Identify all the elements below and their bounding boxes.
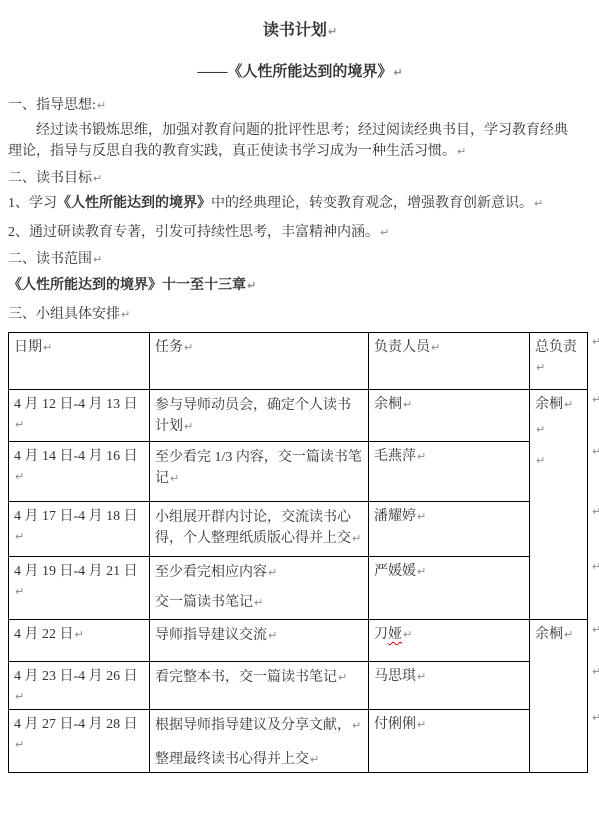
task-cell: 导师指导建议交流↵ <box>150 620 369 662</box>
paragraph-mark: ↵ <box>338 671 347 684</box>
person-cell: 严媛媛↵ <box>369 557 530 620</box>
section-heading-text: 三、小组具体安排 <box>8 307 120 322</box>
paragraph-mark: ↵ <box>417 510 426 523</box>
row-end-paragraph-mark: ↵ <box>592 445 599 458</box>
section-heading-reading-goals: 二、读书目标↵ <box>8 168 592 189</box>
doc-title: 读书计划↵ <box>8 0 592 43</box>
paragraph-mark: ↵ <box>15 470 24 483</box>
person-cell: 毛燕萍↵ <box>369 442 530 502</box>
section-heading-guiding-thought: 一、指导思想:↵ <box>8 95 592 116</box>
date-cell: 4 月 22 日↵ <box>9 620 150 662</box>
reading-goal-1: 1、学习《人性所能达到的境界》中的经典理论，转变教育观念，增强教育创新意识。↵ <box>8 193 573 214</box>
paragraph-mark: ↵ <box>536 423 545 436</box>
row-end-paragraph-mark: ↵ <box>592 335 599 348</box>
task-line: 小组展开群内讨论，交流读书心得，个人整理纸质版心得并上交 <box>155 510 351 546</box>
header-label: 总负责 <box>535 340 577 355</box>
task-text: 导师指导建议交流↵ <box>155 625 364 646</box>
section-heading-text: 二、读书范围 <box>8 252 92 267</box>
document-page: 读书计划↵ ——《人性所能达到的境界》↵ 一、指导思想:↵ 经过读书锻炼思维，加… <box>0 0 599 813</box>
task-line: 导师指导建议交流 <box>155 628 267 643</box>
section-heading-text: 一、指导思想: <box>8 98 96 113</box>
task-line: 根据导师指导建议及分享文献， <box>155 718 351 733</box>
person-name: 马思琪 <box>374 669 416 684</box>
date-text: 4 月 23 日-4 月 26 日 <box>14 669 138 684</box>
row-end-paragraph-mark: ↵ <box>592 711 599 724</box>
section-heading-group-schedule: 三、小组具体安排↵ <box>8 304 592 325</box>
paragraph-mark: ↵ <box>403 398 412 411</box>
task-cell: 至少看完相应内容↵ 交一篇读书笔记↵ <box>150 557 369 620</box>
date-text: 4 月 22 日 <box>14 627 74 642</box>
paragraph-mark: ↵ <box>43 341 52 354</box>
task-line: 整理最终读书心得并上交 <box>155 752 309 767</box>
paragraph-mark: ↵ <box>352 719 361 732</box>
person-name-misspelled: 娅 <box>388 627 402 642</box>
date-cell: 4 月 19 日-4 月 21 日↵ <box>9 557 150 620</box>
paragraph-mark: ↵ <box>15 585 24 598</box>
paragraph-mark: ↵ <box>393 66 402 79</box>
paragraph-mark: ↵ <box>403 628 412 641</box>
task-line: 交一篇读书笔记 <box>155 595 253 610</box>
date-text: 4 月 17 日-4 月 18 日 <box>14 509 138 524</box>
person-cell: 付俐俐↵ <box>369 710 530 773</box>
empty-paragraph: ↵ <box>535 451 583 471</box>
person-name: 刀 <box>374 627 388 642</box>
paragraph-mark: ↵ <box>380 226 389 239</box>
paragraph-mark: ↵ <box>431 341 440 354</box>
task-text: 看完整本书，交一篇读书笔记↵ <box>155 667 364 688</box>
task-cell: 小组展开群内讨论，交流读书心得，个人整理纸质版心得并上交↵ <box>150 502 369 557</box>
schedule-table: 日期↵ 任务↵ 负责人员↵ 总负责↵ 4 月 12 日-4 月 13 日↵ 参与… <box>8 332 588 773</box>
reading-goal-2: 2、通过研读教育专著，引发可持续性思考，丰富精神内涵。↵ <box>8 222 592 243</box>
lead-name-text: 余桐 <box>535 397 563 412</box>
header-cell-person: 负责人员↵ <box>369 333 530 390</box>
table-row: 4 月 14 日-4 月 16 日↵ 至少看完 1/3 内容，交一篇读书笔记↵ … <box>9 442 588 502</box>
paragraph-mark: ↵ <box>417 565 426 578</box>
paragraph-mark: ↵ <box>417 670 426 683</box>
guiding-thought-text: 经过读书锻炼思维，加强对教育问题的批评性思考；经过阅读经典书目，学习教育经典理论… <box>8 123 568 159</box>
paragraph-mark: ↵ <box>352 532 361 545</box>
paragraph-mark: ↵ <box>15 738 24 751</box>
reading-scope-text: 《人性所能达到的境界》十一至十三章 <box>8 278 246 293</box>
paragraph-mark: ↵ <box>564 398 573 411</box>
lead-name: 余桐↵ <box>535 395 583 415</box>
lead-name-text: 余桐 <box>535 627 563 642</box>
person-name: 余桐 <box>374 397 402 412</box>
task-text: 交一篇读书笔记↵ <box>155 592 364 613</box>
task-text: 至少看完 1/3 内容，交一篇读书笔记↵ <box>155 447 364 489</box>
schedule-table-wrap: 日期↵ 任务↵ 负责人员↵ 总负责↵ 4 月 12 日-4 月 13 日↵ 参与… <box>8 332 592 773</box>
header-cell-date: 日期↵ <box>9 333 150 390</box>
person-name: 严媛媛 <box>374 564 416 579</box>
paragraph-mark: ↵ <box>15 418 24 431</box>
date-text: 4 月 14 日-4 月 16 日 <box>14 449 138 464</box>
task-text: 小组展开群内讨论，交流读书心得，个人整理纸质版心得并上交↵ <box>155 507 364 549</box>
person-name: 付俐俐 <box>374 717 416 732</box>
person-name: 潘耀婷 <box>374 509 416 524</box>
person-cell: 刀娅↵ <box>369 620 530 662</box>
paragraph-mark: ↵ <box>328 25 337 38</box>
section-heading-text: 二、读书目标 <box>8 171 92 186</box>
paragraph-mark: ↵ <box>254 596 263 609</box>
lead-name: 余桐↵ <box>535 625 583 645</box>
table-header-row: 日期↵ 任务↵ 负责人员↵ 总负责↵ <box>9 333 588 390</box>
paragraph-mark: ↵ <box>268 566 277 579</box>
header-cell-task: 任务↵ <box>150 333 369 390</box>
task-line: 至少看完相应内容 <box>155 565 267 580</box>
paragraph-mark: ↵ <box>310 753 319 766</box>
paragraph-mark: ↵ <box>534 197 543 210</box>
row-end-paragraph-mark: ↵ <box>592 560 599 573</box>
lead-cell-top: 余桐↵ ↵ ↵ <box>530 390 588 620</box>
reading-scope: 《人性所能达到的境界》十一至十三章↵ <box>8 275 592 296</box>
empty-paragraph: ↵ <box>535 420 583 440</box>
table-row: 4 月 23 日-4 月 26 日↵ 看完整本书，交一篇读书笔记↵ 马思琪↵ <box>9 662 588 710</box>
date-cell: 4 月 14 日-4 月 16 日↵ <box>9 442 150 502</box>
task-text: 根据导师指导建议及分享文献，↵ <box>155 715 364 736</box>
date-cell: 4 月 23 日-4 月 26 日↵ <box>9 662 150 710</box>
paragraph-mark: ↵ <box>15 690 24 703</box>
task-line: 看完整本书，交一篇读书笔记 <box>155 670 337 685</box>
person-cell: 余桐↵ <box>369 390 530 442</box>
task-text: 至少看完相应内容↵ <box>155 562 364 583</box>
task-cell: 根据导师指导建议及分享文献，↵ 整理最终读书心得并上交↵ <box>150 710 369 773</box>
paragraph-mark: ↵ <box>184 420 193 433</box>
paragraph-mark: ↵ <box>170 472 179 485</box>
person-cell: 马思琪↵ <box>369 662 530 710</box>
paragraph-mark: ↵ <box>417 718 426 731</box>
paragraph-mark: ↵ <box>417 450 426 463</box>
header-label: 日期 <box>14 340 42 355</box>
table-row: 4 月 17 日-4 月 18 日↵ 小组展开群内讨论，交流读书心得，个人整理纸… <box>9 502 588 557</box>
task-cell: 参与导师动员会，确定个人读书计划↵ <box>150 390 369 442</box>
row-end-paragraph-mark: ↵ <box>592 393 599 406</box>
table-row: 4 月 27 日-4 月 28 日↵ 根据导师指导建议及分享文献，↵ 整理最终读… <box>9 710 588 773</box>
paragraph-mark: ↵ <box>75 628 84 641</box>
paragraph-mark: ↵ <box>536 361 545 374</box>
date-text: 4 月 27 日-4 月 28 日 <box>14 717 138 732</box>
header-cell-lead: 总负责↵ <box>530 333 588 390</box>
table-row: 4 月 19 日-4 月 21 日↵ 至少看完相应内容↵ 交一篇读书笔记↵ 严媛… <box>9 557 588 620</box>
date-cell: 4 月 27 日-4 月 28 日↵ <box>9 710 150 773</box>
doc-subtitle: ——《人性所能达到的境界》↵ <box>8 62 592 83</box>
task-cell: 至少看完 1/3 内容，交一篇读书笔记↵ <box>150 442 369 502</box>
row-end-paragraph-mark: ↵ <box>592 505 599 518</box>
goal-1-book-title: 《人性所能达到的境界》 <box>57 196 211 211</box>
task-text: 整理最终读书心得并上交↵ <box>155 749 364 770</box>
paragraph-mark: ↵ <box>93 253 102 266</box>
paragraph-mark: ↵ <box>268 629 277 642</box>
person-cell: 潘耀婷↵ <box>369 502 530 557</box>
paragraph-mark: ↵ <box>121 308 130 321</box>
paragraph-mark: ↵ <box>247 279 256 292</box>
header-label: 任务 <box>155 340 183 355</box>
row-end-paragraph-mark: ↵ <box>592 665 599 678</box>
lead-cell-bottom: 余桐↵ <box>530 620 588 773</box>
paragraph-mark: ↵ <box>93 172 102 185</box>
date-cell: 4 月 17 日-4 月 18 日↵ <box>9 502 150 557</box>
paragraph-mark: ↵ <box>15 530 24 543</box>
row-end-paragraph-mark: ↵ <box>592 623 599 636</box>
guiding-thought-body: 经过读书锻炼思维，加强对教育问题的批评性思考；经过阅读经典书目，学习教育经典理论… <box>8 120 573 162</box>
goal-2-text: 2、通过研读教育专著，引发可持续性思考，丰富精神内涵。 <box>8 225 379 240</box>
section-heading-reading-scope: 二、读书范围↵ <box>8 249 592 270</box>
paragraph-mark: ↵ <box>564 628 573 641</box>
date-text: 4 月 19 日-4 月 21 日 <box>14 564 138 579</box>
person-name: 毛燕萍 <box>374 449 416 464</box>
paragraph-mark: ↵ <box>97 99 106 112</box>
date-text: 4 月 12 日-4 月 13 日 <box>14 397 138 412</box>
table-row: 4 月 22 日↵ 导师指导建议交流↵ 刀娅↵ 余桐↵ <box>9 620 588 662</box>
header-label: 负责人员 <box>374 340 430 355</box>
task-cell: 看完整本书，交一篇读书笔记↵ <box>150 662 369 710</box>
paragraph-mark: ↵ <box>457 145 466 158</box>
table-row: 4 月 12 日-4 月 13 日↵ 参与导师动员会，确定个人读书计划↵ 余桐↵… <box>9 390 588 442</box>
goal-1-suffix: 中的经典理论，转变教育观念，增强教育创新意识。 <box>211 196 533 211</box>
paragraph-mark: ↵ <box>184 341 193 354</box>
task-line: 至少看完 1/3 内容，交一篇读书笔记 <box>155 450 362 486</box>
doc-title-text: 读书计划 <box>263 22 327 39</box>
goal-1-prefix: 1、学习 <box>8 196 57 211</box>
date-cell: 4 月 12 日-4 月 13 日↵ <box>9 390 150 442</box>
task-text: 参与导师动员会，确定个人读书计划↵ <box>155 395 364 437</box>
doc-subtitle-text: ——《人性所能达到的境界》 <box>197 64 392 80</box>
paragraph-mark: ↵ <box>536 454 545 467</box>
